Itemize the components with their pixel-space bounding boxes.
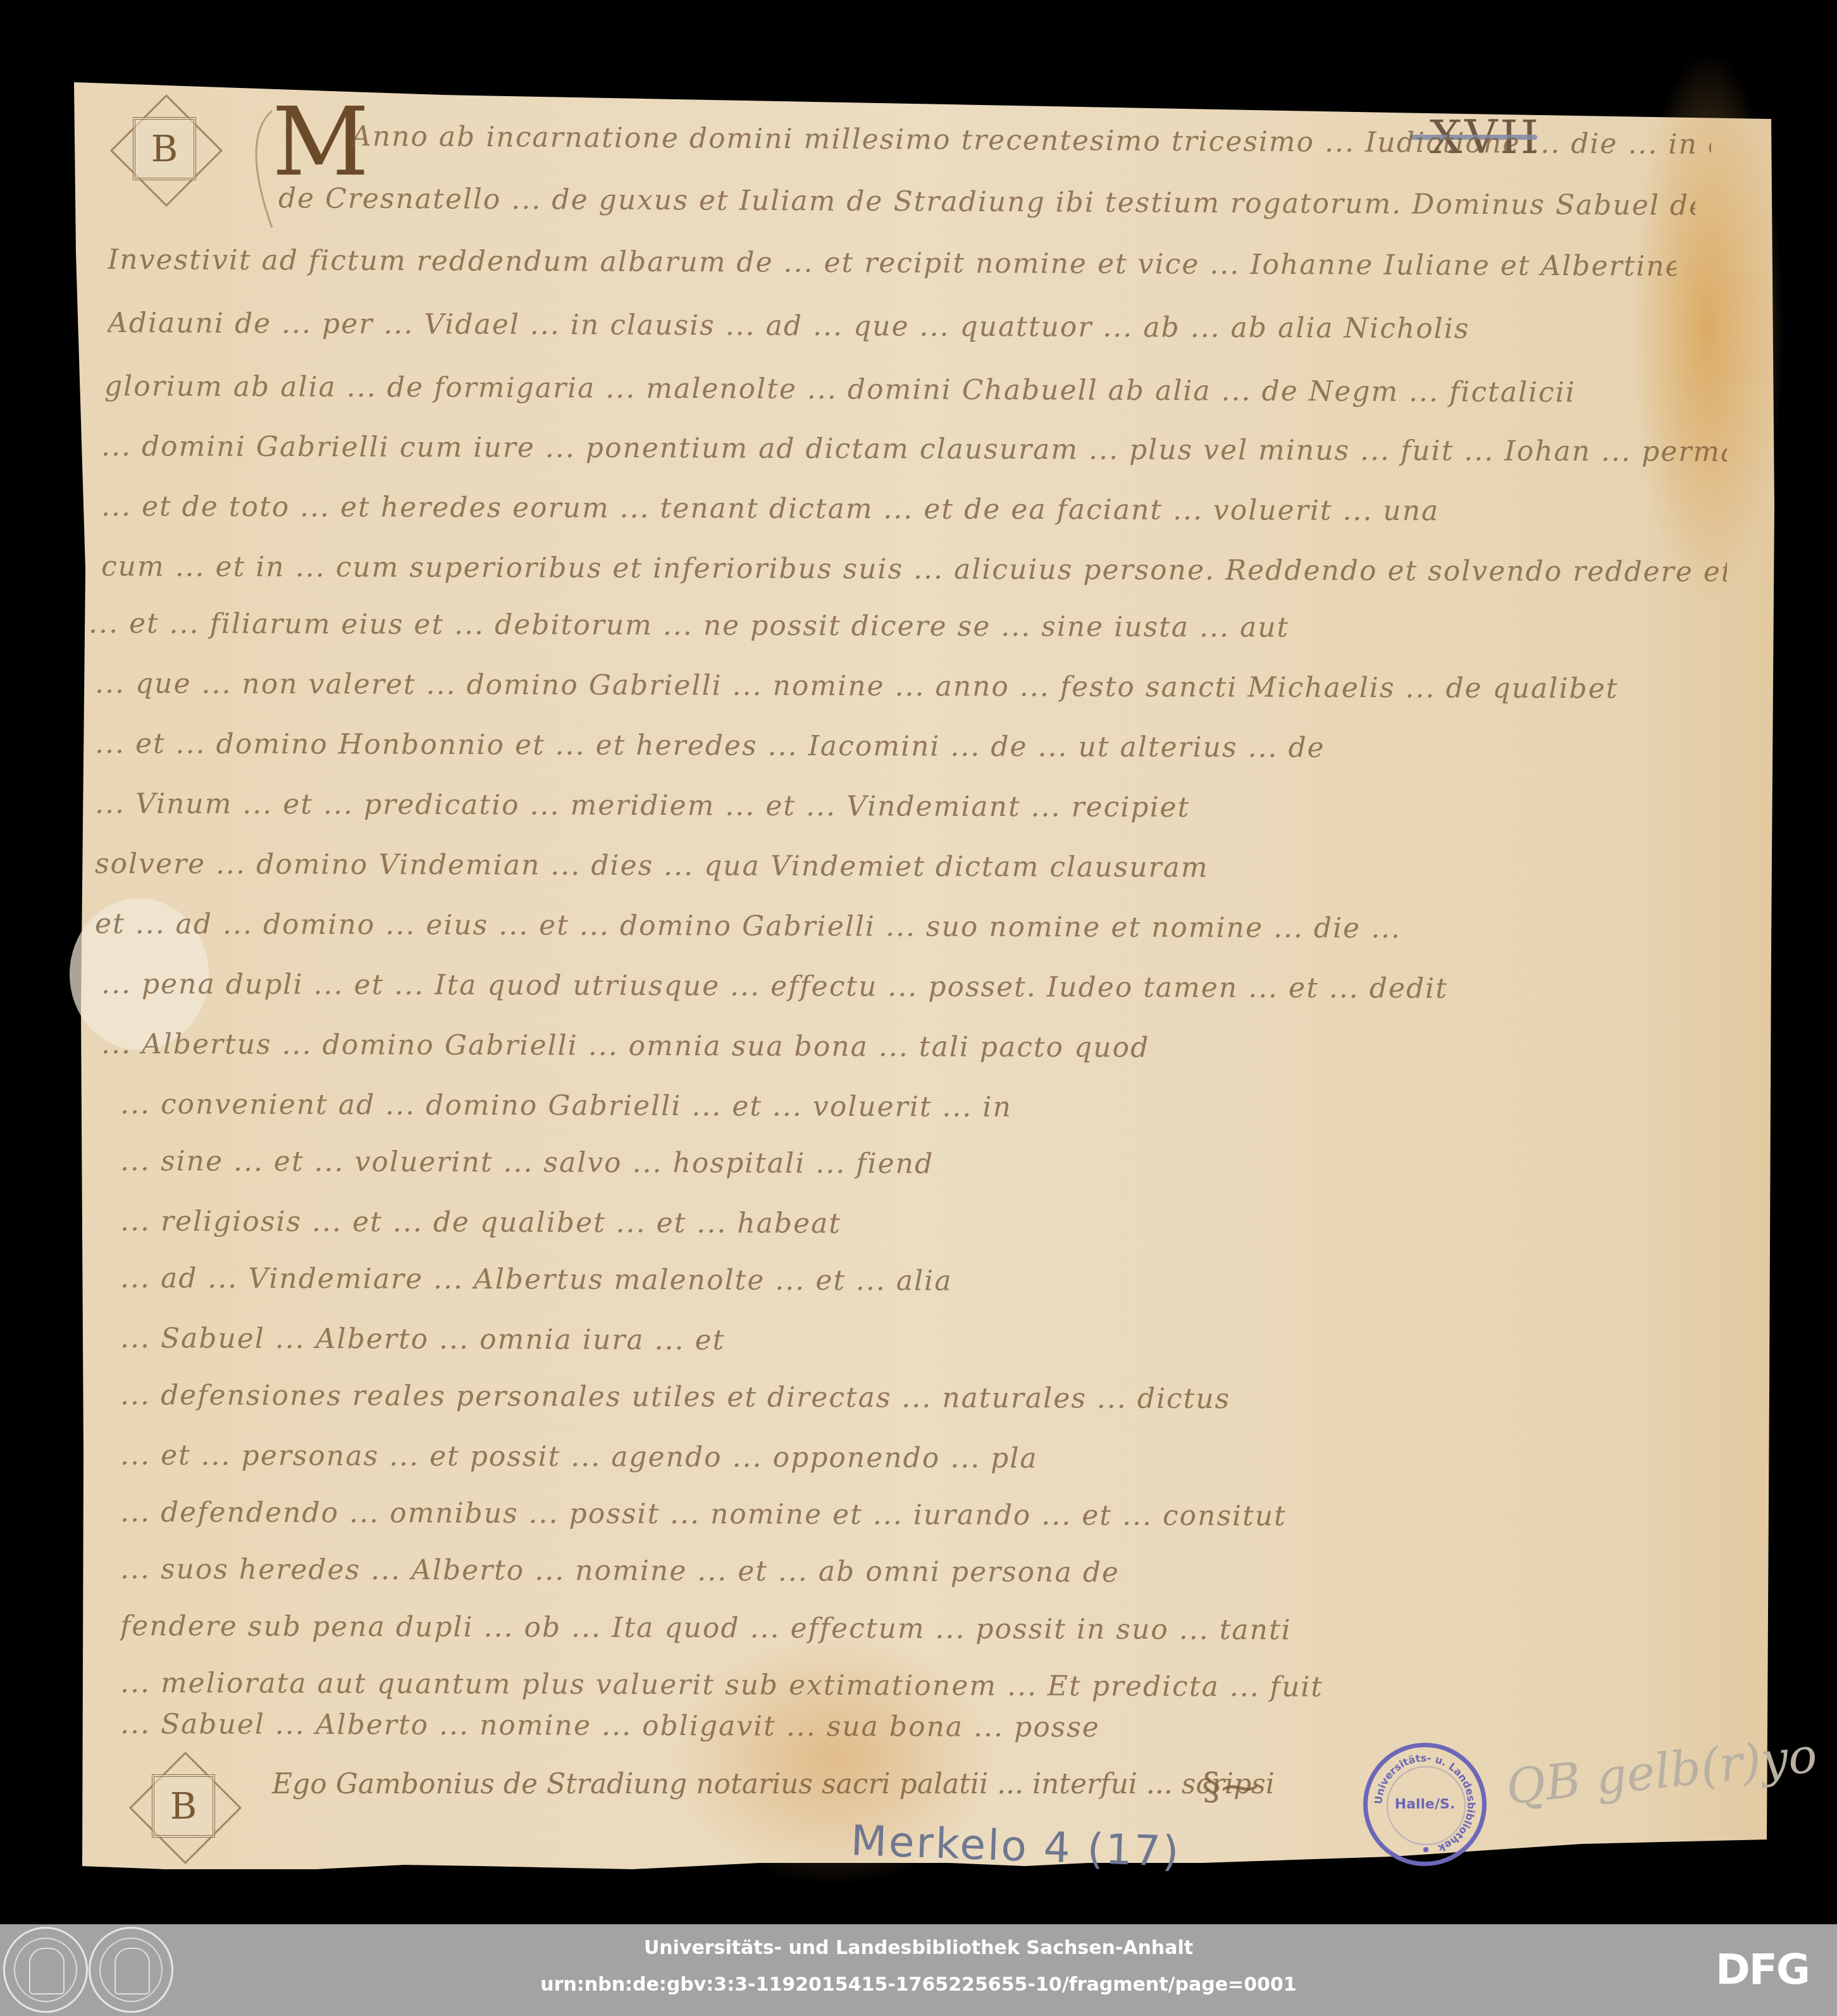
manuscript-line: ... Sabuel ... Alberto ... nomine ... ob… bbox=[120, 1708, 1575, 1745]
manuscript-line: ... Albertus ... domino Gabrielli ... om… bbox=[101, 1028, 1727, 1066]
manuscript-line: ... pena dupli ... et ... Ita quod utriu… bbox=[101, 968, 1727, 1006]
manuscript-line: ... defensiones reales personales utiles… bbox=[120, 1379, 1727, 1417]
notary-flourish-icon: §⁓ bbox=[1202, 1765, 1259, 1809]
notary-subscription: Ego Gambonius de Stradiung notarius sacr… bbox=[272, 1768, 1275, 1800]
manuscript-line: ... meliorata aut quantum plus valuerit … bbox=[120, 1667, 1727, 1705]
parchment-sheet: B M XVII Anno ab incarnatione domini mil… bbox=[0, 0, 1837, 1924]
manuscript-line: ... sine ... et ... voluerint ... salvo … bbox=[120, 1145, 1727, 1183]
library-footer: Universitäts- und Landesbibliothek Sachs… bbox=[0, 1924, 1837, 2016]
manuscript-line: ... et ... personas ... et possit ... ag… bbox=[120, 1439, 1727, 1477]
manuscript-line: ... et ... domino Honbonnio et ... et he… bbox=[95, 727, 1727, 765]
persistent-urn[interactable]: urn:nbn:de:gbv:3:3-1192015415-1765225655… bbox=[0, 1974, 1837, 1996]
library-stamp: Universitäts- u. Landesbibliothek Halle/… bbox=[1363, 1743, 1487, 1866]
stamp-city: Halle/S. bbox=[1368, 1796, 1482, 1812]
manuscript-line: Investivit ad fictum reddendum albarum d… bbox=[108, 244, 1676, 283]
manuscript-line: ... domini Gabrielli cum iure ... ponent… bbox=[101, 430, 1727, 468]
manuscript-line: ... et de toto ... et heredes eorum ... … bbox=[101, 490, 1727, 528]
manuscript-line: ... suos heredes ... Alberto ... nomine … bbox=[120, 1553, 1727, 1591]
manuscript-line: ... et ... filiarum eius et ... debitoru… bbox=[89, 607, 1727, 645]
notary-signum-top: B bbox=[111, 95, 218, 202]
institution-name: Universitäts- und Landesbibliothek Sachs… bbox=[0, 1937, 1837, 1959]
manuscript-line: ... defendendo ... omnibus ... possit ..… bbox=[120, 1496, 1727, 1534]
manuscript-line: ... religiosis ... et ... de qualibet ..… bbox=[120, 1205, 1727, 1243]
manuscript-line: ... ad ... Vindemiare ... Albertus malen… bbox=[120, 1262, 1727, 1300]
manuscript-line: ... Vinum ... et ... predicatio ... meri… bbox=[95, 788, 1727, 826]
manuscript-line: et ... ad ... domino ... eius ... et ...… bbox=[95, 908, 1727, 946]
notary-signum-letter: B bbox=[133, 117, 196, 180]
manuscript-line: ... que ... non valeret ... domino Gabri… bbox=[95, 667, 1727, 705]
manuscript-line: ... Sabuel ... Alberto ... omnia iura ..… bbox=[120, 1322, 1727, 1360]
stamp-star-icon bbox=[1423, 1847, 1428, 1852]
notary-signum-bottom: B bbox=[130, 1752, 237, 1860]
manuscript-line: fendere sub pena dupli ... ob ... Ita qu… bbox=[120, 1610, 1727, 1648]
manuscript-line: ... convenient ad ... domino Gabrielli .… bbox=[120, 1088, 1727, 1126]
document-viewer: B M XVII Anno ab incarnatione domini mil… bbox=[0, 0, 1837, 1924]
dfg-logo: DFG bbox=[1716, 1945, 1809, 1994]
decorated-initial: M bbox=[272, 95, 348, 196]
notary-signum-letter: B bbox=[152, 1774, 215, 1838]
manuscript-line: cum ... et in ... cum superioribus et in… bbox=[101, 550, 1727, 588]
manuscript-line: solvere ... domino Vindemian ... dies ..… bbox=[95, 848, 1727, 886]
